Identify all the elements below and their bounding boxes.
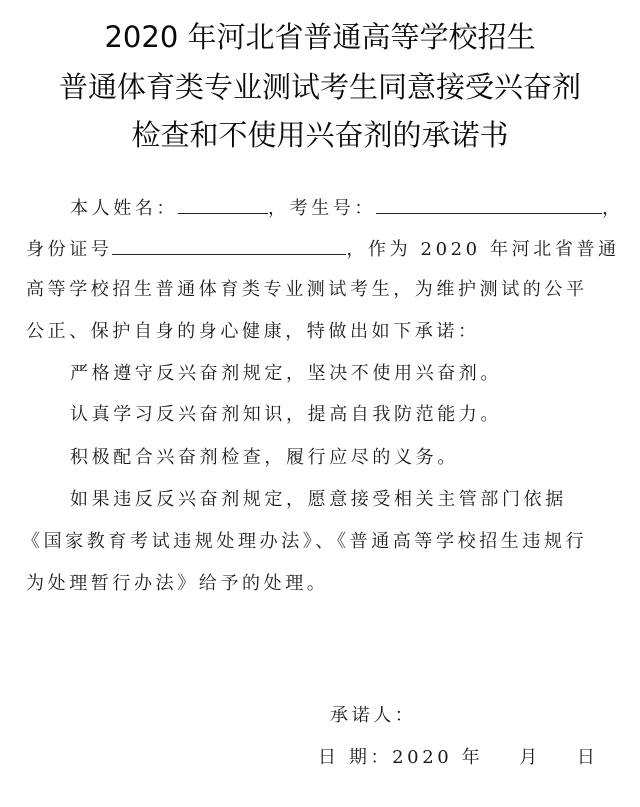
identity-line-1: 本人姓名：，考生号：， — [70, 195, 640, 221]
pledge-item: 认真学习反兴奋剂知识，提高自我防范能力。 — [70, 403, 640, 427]
id-number-label: 身份证号 — [26, 239, 112, 260]
date-line: 日 期：2020 年月日 — [318, 746, 598, 770]
exam-number-label: 考生号： — [290, 198, 376, 219]
paragraph-line: 高等学校招生普通体育类专业测试考生，为维护测试的公平 — [26, 278, 626, 302]
title-line-2: 普通体育类专业测试考生同意接受兴奋剂 — [0, 70, 640, 104]
exam-number-blank[interactable] — [376, 195, 602, 214]
consequence-line: 《国家教育考试违规处理办法》、《普通高等学校招生违规行 — [22, 530, 622, 554]
pledge-item: 积极配合兴奋剂检查，履行应尽的义务。 — [70, 446, 640, 470]
id-number-blank[interactable] — [112, 236, 346, 255]
date-month: 月 — [519, 747, 541, 768]
consequence-line: 如果违反反兴奋剂规定，愿意接受相关主管部门依据 — [70, 488, 640, 512]
consequence-line: 为处理暂行办法》给予的处理。 — [26, 572, 626, 596]
pledge-item: 严格遵守反兴奋剂规定，坚决不使用兴奋剂。 — [70, 362, 640, 386]
identity-line-2: 身份证号，作为 2020 年河北省普通 — [26, 236, 626, 262]
date-day: 日 — [577, 747, 599, 768]
title-line-3: 检查和不使用兴奋剂的承诺书 — [0, 118, 640, 152]
identity-tail-text: ，作为 2020 年河北省普通 — [346, 239, 619, 260]
name-label: 本人姓名： — [70, 198, 178, 219]
paragraph-line: 公正、保护自身的身心健康，特做出如下承诺： — [26, 320, 626, 344]
date-label: 日 期： — [318, 747, 392, 768]
signer-label: 承诺人： — [330, 704, 416, 728]
comma: ， — [602, 198, 624, 219]
date-year: 2020 年 — [392, 747, 483, 768]
comma: ， — [268, 198, 290, 219]
title-line-1: 2020 年河北省普通高等学校招生 — [0, 20, 640, 54]
name-blank[interactable] — [178, 195, 268, 214]
